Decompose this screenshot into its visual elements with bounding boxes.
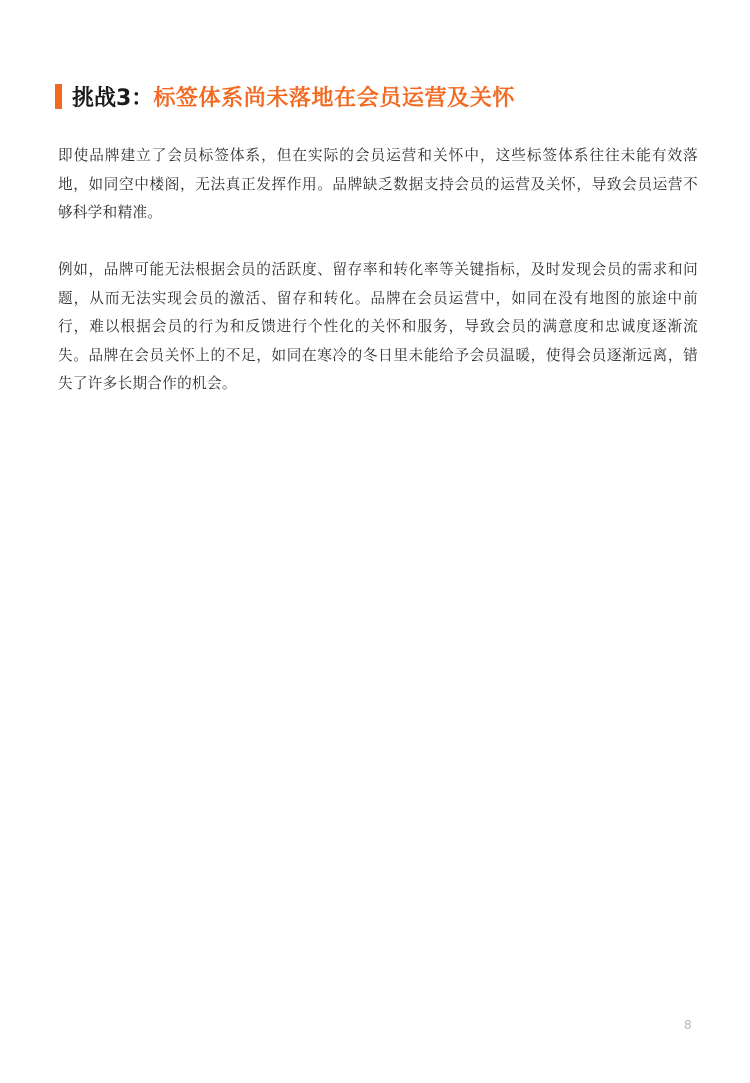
section-heading: 挑战3： 标签体系尚未落地在会员运营及关怀 [55, 80, 515, 112]
heading-accent-bar [55, 84, 62, 109]
heading-prefix: 挑战3： [72, 81, 153, 112]
body-paragraph-1: 即使品牌建立了会员标签体系，但在实际的会员运营和关怀中，这些标签体系往往未能有效… [58, 142, 698, 228]
heading-title: 标签体系尚未落地在会员运营及关怀 [153, 81, 515, 112]
page-number: 8 [684, 1018, 692, 1032]
body-paragraph-2: 例如，品牌可能无法根据会员的活跃度、留存率和转化率等关键指标，及时发现会员的需求… [58, 256, 698, 399]
